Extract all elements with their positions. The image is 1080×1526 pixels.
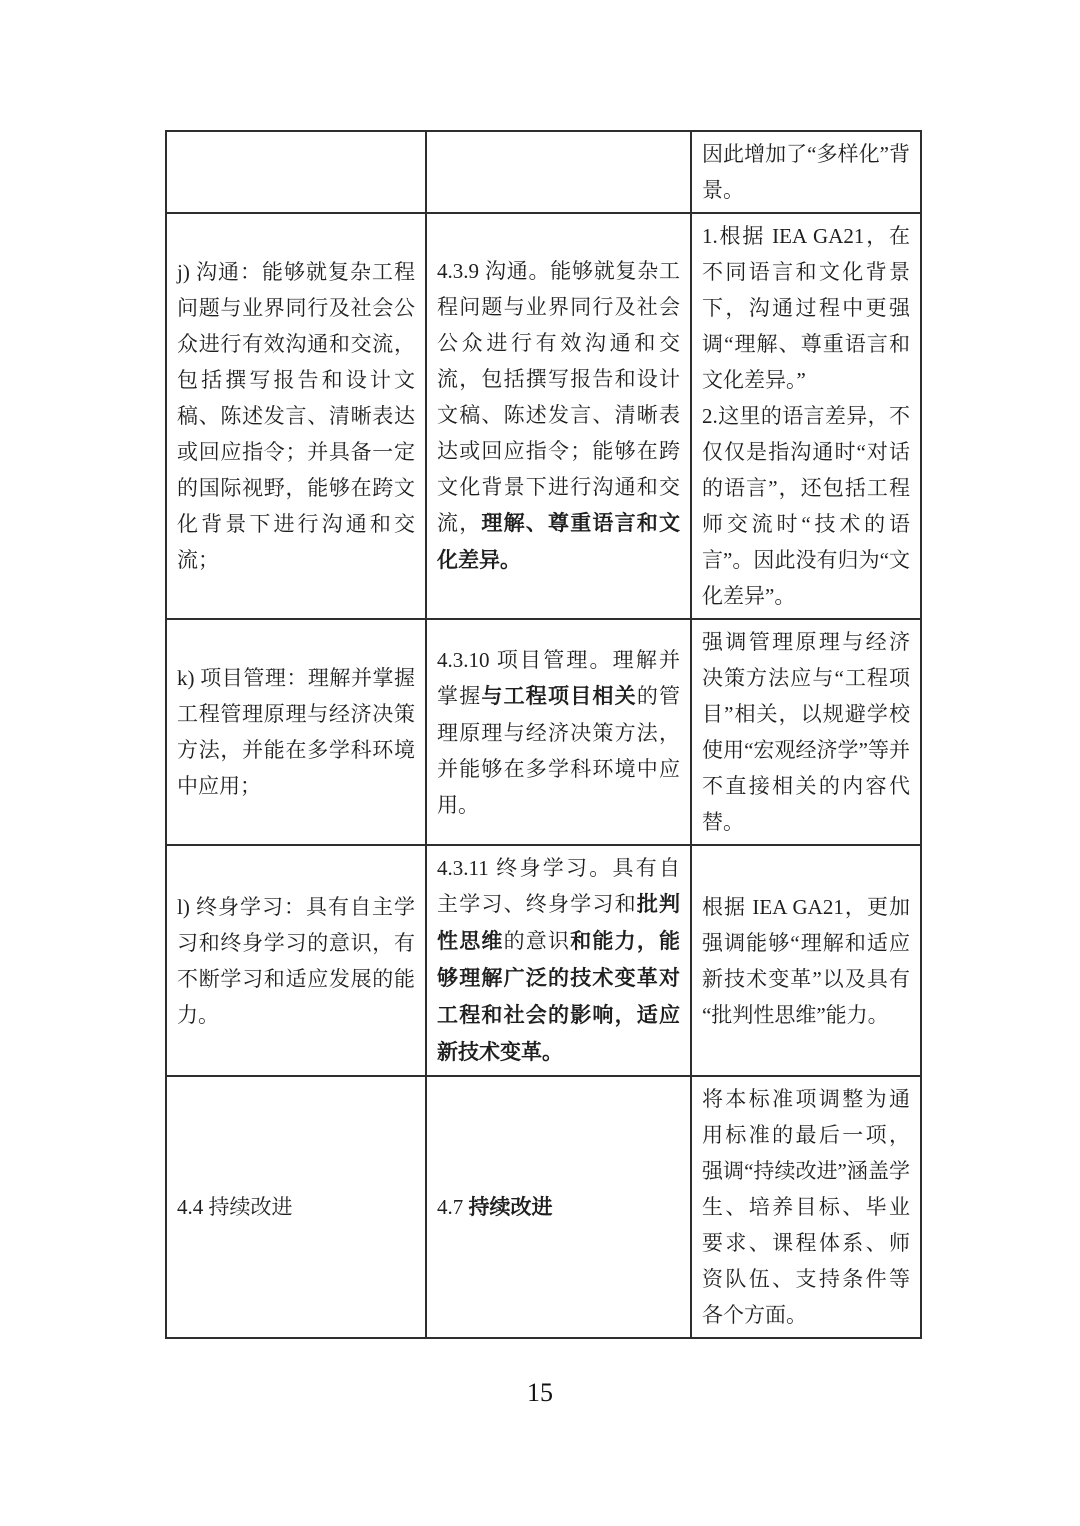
table-cell: k) 项目管理：理解并掌握工程管理原理与经济决策方法，并能在多学科环境中应用； [166, 619, 426, 845]
table-row: 因此增加了“多样化”背景。 [166, 131, 921, 213]
table-cell [166, 131, 426, 213]
cell-paragraph: 因此增加了“多样化”背景。 [702, 136, 910, 208]
cell-paragraph: l) 终身学习：具有自主学习和终身学习的意识，有不断学习和适应发展的能力。 [177, 889, 415, 1033]
table-cell: 4.3.11 终身学习。具有自主学习、终身学习和批判性思维的意识和能力，能够理解… [426, 845, 691, 1076]
document-page: 因此增加了“多样化”背景。j) 沟通：能够就复杂工程问题与业界同行及社会公众进行… [0, 0, 1080, 1526]
table-cell: 4.3.10 项目管理。理解并掌握与工程项目相关的管理原理与经济决策方法，并能够… [426, 619, 691, 845]
cell-paragraph: 4.3.10 项目管理。理解并掌握与工程项目相关的管理原理与经济决策方法，并能够… [437, 642, 680, 823]
body-text: 4.7 [437, 1195, 469, 1219]
cell-paragraph: 1.根据 IEA GA21，在不同语言和文化背景下，沟通过程中更强调“理解、尊重… [702, 218, 910, 398]
emphasized-text: 持续改进 [469, 1196, 553, 1219]
cell-paragraph: 4.4 持续改进 [177, 1189, 415, 1225]
table-cell: 1.根据 IEA GA21，在不同语言和文化背景下，沟通过程中更强调“理解、尊重… [691, 213, 921, 619]
body-text: 的意识 [504, 929, 571, 953]
table-cell: 4.3.9 沟通。能够就复杂工程问题与业界同行及社会公众进行有效沟通和交流，包括… [426, 213, 691, 619]
table-cell [426, 131, 691, 213]
table-row: l) 终身学习：具有自主学习和终身学习的意识，有不断学习和适应发展的能力。4.3… [166, 845, 921, 1076]
cell-paragraph: 4.3.11 终身学习。具有自主学习、终身学习和批判性思维的意识和能力，能够理解… [437, 850, 680, 1071]
comparison-table: 因此增加了“多样化”背景。j) 沟通：能够就复杂工程问题与业界同行及社会公众进行… [165, 130, 922, 1339]
table-cell: 因此增加了“多样化”背景。 [691, 131, 921, 213]
table-cell: 将本标准项调整为通用标准的最后一项，强调“持续改进”涵盖学生、培养目标、毕业要求… [691, 1076, 921, 1338]
body-text: 4.3.9 沟通。能够就复杂工程问题与业界同行及社会公众进行有效沟通和交流，包括… [437, 259, 680, 535]
table-cell: j) 沟通：能够就复杂工程问题与业界同行及社会公众进行有效沟通和交流，包括撰写报… [166, 213, 426, 619]
body-text: 根据 IEA GA21，更加强调能够“理解和适应新技术变革”以及具有“批判性思维… [702, 895, 910, 1027]
body-text: 2.这里的语言差异，不仅仅是指沟通时“对话的语言”，还包括工程师交流时“技术的语… [702, 404, 910, 608]
table-cell: 4.7 持续改进 [426, 1076, 691, 1338]
table-cell: 强调管理原理与经济决策方法应与“工程项目”相关，以规避学校使用“宏观经济学”等并… [691, 619, 921, 845]
body-text: k) 项目管理：理解并掌握工程管理原理与经济决策方法，并能在多学科环境中应用； [177, 666, 415, 798]
comparison-table-body: 因此增加了“多样化”背景。j) 沟通：能够就复杂工程问题与业界同行及社会公众进行… [166, 131, 921, 1338]
cell-paragraph: 4.7 持续改进 [437, 1189, 680, 1226]
body-text: 强调管理原理与经济决策方法应与“工程项目”相关，以规避学校使用“宏观经济学”等并… [702, 630, 910, 834]
emphasized-text: 与工程项目相关 [481, 685, 636, 708]
body-text: 4.4 持续改进 [177, 1195, 293, 1219]
table-row: j) 沟通：能够就复杂工程问题与业界同行及社会公众进行有效沟通和交流，包括撰写报… [166, 213, 921, 619]
body-text: 因此增加了“多样化”背景。 [702, 142, 910, 202]
cell-paragraph: k) 项目管理：理解并掌握工程管理原理与经济决策方法，并能在多学科环境中应用； [177, 660, 415, 804]
table-row: k) 项目管理：理解并掌握工程管理原理与经济决策方法，并能在多学科环境中应用；4… [166, 619, 921, 845]
cell-paragraph: 4.3.9 沟通。能够就复杂工程问题与业界同行及社会公众进行有效沟通和交流，包括… [437, 253, 680, 579]
body-text: j) 沟通：能够就复杂工程问题与业界同行及社会公众进行有效沟通和交流，包括撰写报… [177, 260, 415, 572]
cell-paragraph: 强调管理原理与经济决策方法应与“工程项目”相关，以规避学校使用“宏观经济学”等并… [702, 624, 910, 840]
body-text: 将本标准项调整为通用标准的最后一项，强调“持续改进”涵盖学生、培养目标、毕业要求… [702, 1087, 910, 1327]
cell-paragraph: 将本标准项调整为通用标准的最后一项，强调“持续改进”涵盖学生、培养目标、毕业要求… [702, 1081, 910, 1333]
cell-paragraph: j) 沟通：能够就复杂工程问题与业界同行及社会公众进行有效沟通和交流，包括撰写报… [177, 254, 415, 578]
cell-paragraph: 2.这里的语言差异，不仅仅是指沟通时“对话的语言”，还包括工程师交流时“技术的语… [702, 398, 910, 614]
table-row: 4.4 持续改进4.7 持续改进将本标准项调整为通用标准的最后一项，强调“持续改… [166, 1076, 921, 1338]
page-number: 15 [0, 1378, 1080, 1408]
body-text: 1.根据 IEA GA21，在不同语言和文化背景下，沟通过程中更强调“理解、尊重… [702, 224, 910, 392]
table-cell: 4.4 持续改进 [166, 1076, 426, 1338]
table-cell: l) 终身学习：具有自主学习和终身学习的意识，有不断学习和适应发展的能力。 [166, 845, 426, 1076]
cell-paragraph: 根据 IEA GA21，更加强调能够“理解和适应新技术变革”以及具有“批判性思维… [702, 889, 910, 1033]
body-text: l) 终身学习：具有自主学习和终身学习的意识，有不断学习和适应发展的能力。 [177, 895, 415, 1027]
table-cell: 根据 IEA GA21，更加强调能够“理解和适应新技术变革”以及具有“批判性思维… [691, 845, 921, 1076]
